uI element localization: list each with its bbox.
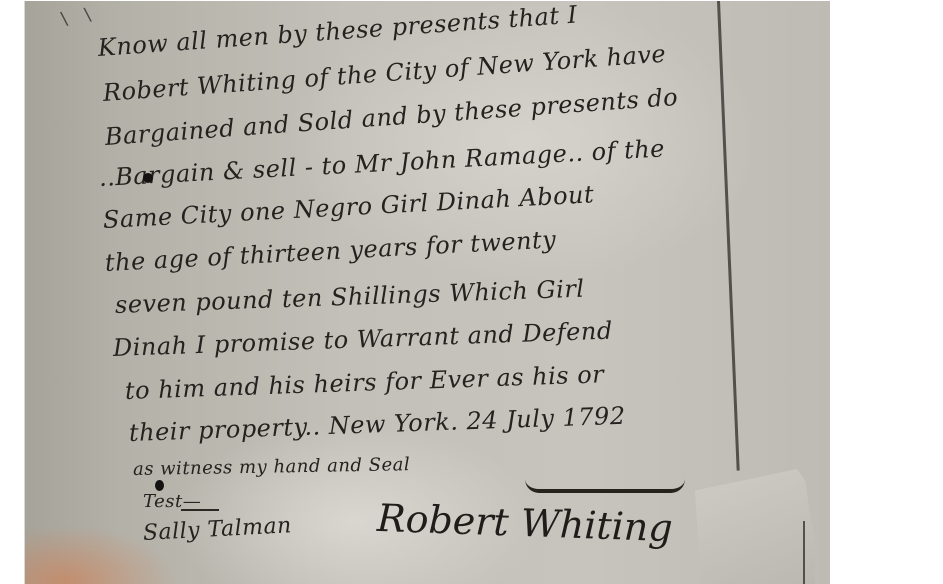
image-frame: \ \ Know all men by these presents that …	[0, 0, 943, 584]
ink-blot	[155, 480, 164, 491]
text-line-5: Same City one Negro Girl Dinah About	[102, 180, 595, 234]
handwritten-text: Know all men by these presents that I Ro…	[25, 1, 830, 584]
document-photo: \ \ Know all men by these presents that …	[24, 1, 830, 584]
text-line-8: Dinah I promise to Warrant and Defend	[113, 317, 614, 362]
text-line-7: seven pound ten Shillings Which Girl	[115, 275, 585, 319]
text-line-6: the age of thirteen years for twenty	[104, 225, 557, 277]
text-line-witness-clause: as witness my hand and Seal	[133, 454, 411, 480]
witness-name: Sally Talman	[142, 513, 292, 546]
seal-flourish	[525, 479, 685, 493]
witness-rule	[181, 509, 219, 511]
ink-blot	[143, 173, 153, 183]
text-line-9: to him and his heirs for Ever as his or	[125, 360, 605, 405]
text-line-date: their property.. New York. 24 July 1792	[129, 402, 627, 447]
